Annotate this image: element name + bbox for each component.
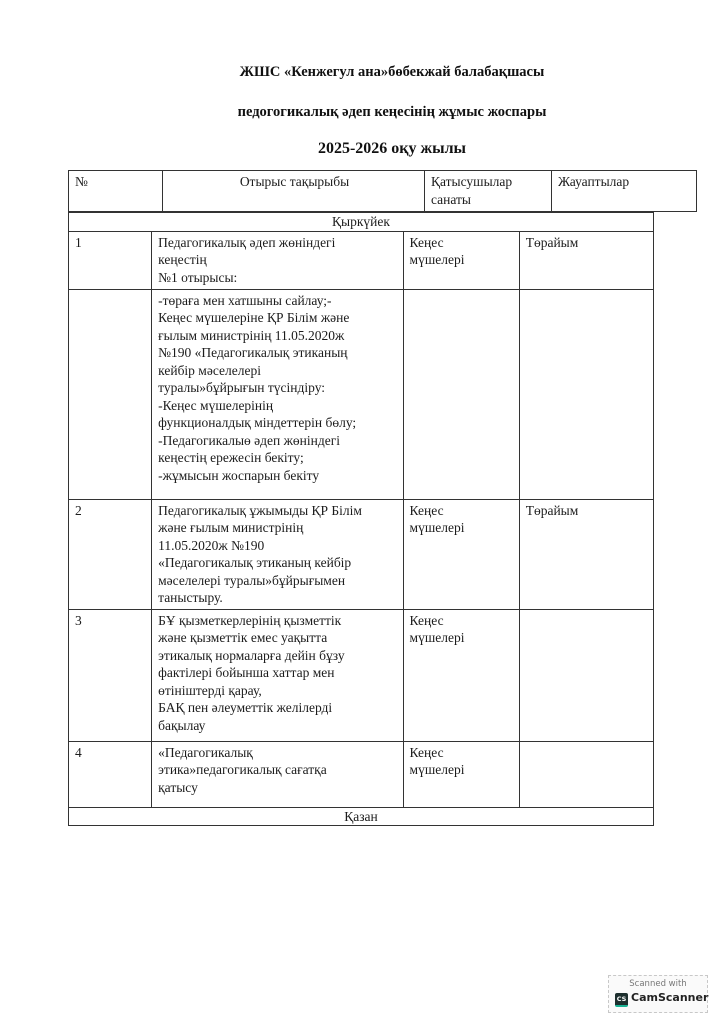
table-row: 1Педагогикалық әдеп жөніндегікеңестің№1 … (69, 231, 654, 289)
topic-line: және қызметтік емес уақытта (158, 629, 398, 647)
topic-line: бақылау (158, 717, 398, 735)
topic-line: 11.05.2020ж №190 (158, 537, 398, 555)
row-topic: БҰ қызметкерлерінің қызметтікжәне қызмет… (152, 609, 403, 741)
topic-line: №1 отырысы: (158, 269, 398, 287)
row-responsible: Төрайым (519, 499, 653, 609)
topic-line: «Педагогикалық этиканың кейбір (158, 554, 398, 572)
table-row: 4«Педагогикалықэтика»педагогикалық сағат… (69, 741, 654, 807)
topic-line: БАҚ пен әлеуметтік желілерді (158, 699, 398, 717)
row-number: 2 (69, 499, 152, 609)
topic-line: фактілері бойынша хаттар мен (158, 664, 398, 682)
topic-line: -жұмысын жоспарын бекіту (158, 467, 398, 485)
header-topic: Отырыс тақырыбы (163, 171, 425, 212)
topic-line: -Педагогикалыө әдеп жөніндегі (158, 432, 398, 450)
participants-line: мүшелері (410, 761, 515, 779)
row-participants: Кеңесмүшелері (403, 741, 519, 807)
participants-line: Кеңес (410, 612, 515, 630)
topic-line: кеңестің ережесін бекіту; (158, 449, 398, 467)
topic-line: кеңестің (158, 251, 398, 269)
row-participants: Кеңесмүшелері (403, 499, 519, 609)
table-row: 2Педагогикалық ұжымыды ҚР Білімжәне ғылы… (69, 499, 654, 609)
camscanner-logo-icon: CS (615, 993, 628, 1007)
row-number (69, 289, 152, 499)
topic-line: Педагогикалық ұжымыды ҚР Білім (158, 502, 398, 520)
participants-line: мүшелері (410, 519, 515, 537)
topic-line: қатысу (158, 779, 398, 797)
row-topic: -төраға мен хатшыны сайлау;-Кеңес мүшеле… (152, 289, 403, 499)
plan-title: педогогикалық әдеп кеңесінің жұмыс жоспа… (30, 104, 724, 121)
camscanner-watermark: Scanned with CS CamScanner (608, 975, 708, 1013)
participants-line: Кеңес (410, 502, 515, 520)
topic-line: ғылым министрінің 11.05.2020ж (158, 327, 398, 345)
topic-line: «Педагогикалық (158, 744, 398, 762)
row-participants: Кеңесмүшелері (403, 231, 519, 289)
topic-line: туралы»бұйрығын түсіндіру: (158, 379, 398, 397)
table-row: 3БҰ қызметкерлерінің қызметтікжәне қызме… (69, 609, 654, 741)
row-responsible: Төрайым (519, 231, 653, 289)
row-number: 1 (69, 231, 152, 289)
participants-line: Кеңес (410, 744, 515, 762)
row-topic: Педагогикалық ұжымыды ҚР Білімжәне ғылым… (152, 499, 403, 609)
topic-line: БҰ қызметкерлерінің қызметтік (158, 612, 398, 630)
academic-year-title: 2025-2026 оқу жылы (30, 140, 724, 158)
row-topic: «Педагогикалықэтика»педагогикалық сағатқ… (152, 741, 403, 807)
topic-line: өтініштерді қарау, (158, 682, 398, 700)
topic-line: Педагогикалық әдеп жөніндегі (158, 234, 398, 252)
topic-line: Кеңес мүшелеріне ҚР Білім және (158, 309, 398, 327)
participants-line: мүшелері (410, 629, 515, 647)
plan-table: Қыркүйек 1Педагогикалық әдеп жөніндегіке… (68, 212, 654, 826)
row-topic: Педагогикалық әдеп жөніндегікеңестің№1 о… (152, 231, 403, 289)
participants-line: мүшелері (410, 251, 515, 269)
row-responsible (519, 609, 653, 741)
month-row-october: Қазан (69, 807, 654, 826)
topic-line: -төраға мен хатшыны сайлау;- (158, 292, 398, 310)
topic-line: мәселелері туралы»бұйрығымен (158, 572, 398, 590)
participants-line: Кеңес (410, 234, 515, 252)
row-number: 3 (69, 609, 152, 741)
table-header: № Отырыс тақырыбы Қатысушылар санаты Жау… (68, 170, 697, 212)
topic-line: таныстыру. (158, 589, 398, 607)
header-number: № (69, 171, 163, 212)
topic-line: этикалық нормаларға дейін бұзу (158, 647, 398, 665)
topic-line: -Кеңес мүшелерінің (158, 397, 398, 415)
month-row-september: Қыркүйек (69, 213, 654, 232)
row-participants: Кеңесмүшелері (403, 609, 519, 741)
topic-line: №190 «Педагогикалық этиканың (158, 344, 398, 362)
organization-title: ЖШС «Кенжегул ана»бөбекжай балабақшасы (30, 64, 724, 81)
table-row: -төраға мен хатшыны сайлау;-Кеңес мүшеле… (69, 289, 654, 499)
topic-line: функционалдық міндеттерін бөлу; (158, 414, 398, 432)
row-number: 4 (69, 741, 152, 807)
camscanner-brand: CamScanner (631, 991, 708, 1004)
topic-line: және ғылым министрінің (158, 519, 398, 537)
scanned-with-label: Scanned with (609, 979, 707, 989)
topic-line: этика»педагогикалық сағатқа (158, 761, 398, 779)
header-responsible: Жауаптылар (552, 171, 697, 212)
header-participants: Қатысушылар санаты (425, 171, 552, 212)
row-responsible (519, 289, 653, 499)
row-responsible (519, 741, 653, 807)
row-participants (403, 289, 519, 499)
topic-line: кейбір мәселелері (158, 362, 398, 380)
